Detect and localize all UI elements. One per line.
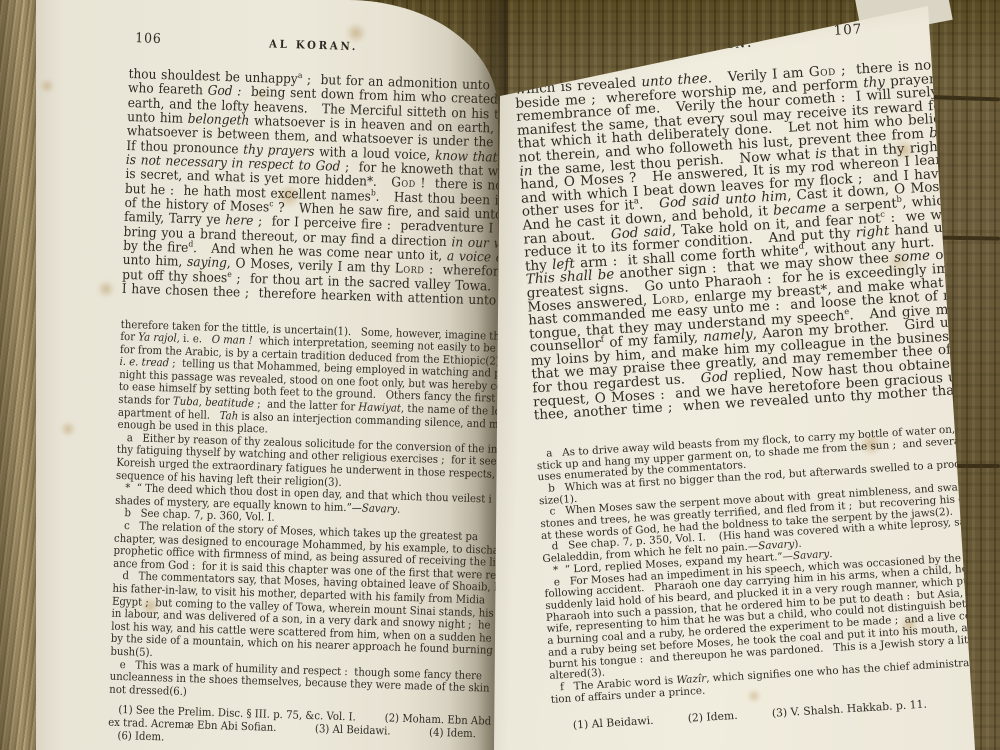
right-page-footnotes: a As to drive away wild beasts from my f… xyxy=(536,423,980,706)
right-page-text-block: AL KORAN. 107 which is revealed unto the… xyxy=(512,20,980,733)
left-page-reference-notes: (1) See the Prelim. Disc. § III. p. 75, … xyxy=(108,704,477,750)
left-page-body-text: thou shouldest be unhappya ; but for an … xyxy=(122,68,497,309)
foxing-spot xyxy=(40,80,54,92)
right-page: AL KORAN. 107 which is revealed unto the… xyxy=(488,0,980,750)
left-page-header: 106 AL KORAN. xyxy=(129,30,498,64)
left-page-text-block: 106 AL KORAN. thou shouldest be unhappya… xyxy=(108,30,498,750)
left-page: 106 AL KORAN. thou shouldest be unhappya… xyxy=(36,0,498,750)
left-running-title: AL KORAN. xyxy=(269,37,358,53)
left-page-footnotes: therefore taken for the tittle, is uncer… xyxy=(109,318,489,707)
foxing-spot xyxy=(60,422,76,436)
right-page-body-text: which is revealed unto thee. Verily I am… xyxy=(514,58,969,423)
left-page-number: 106 xyxy=(135,30,162,47)
book-page-edges-left xyxy=(0,0,40,750)
open-book-photo: 106 AL KORAN. thou shouldest be unhappya… xyxy=(0,0,1000,750)
foxing-spot xyxy=(97,281,115,297)
